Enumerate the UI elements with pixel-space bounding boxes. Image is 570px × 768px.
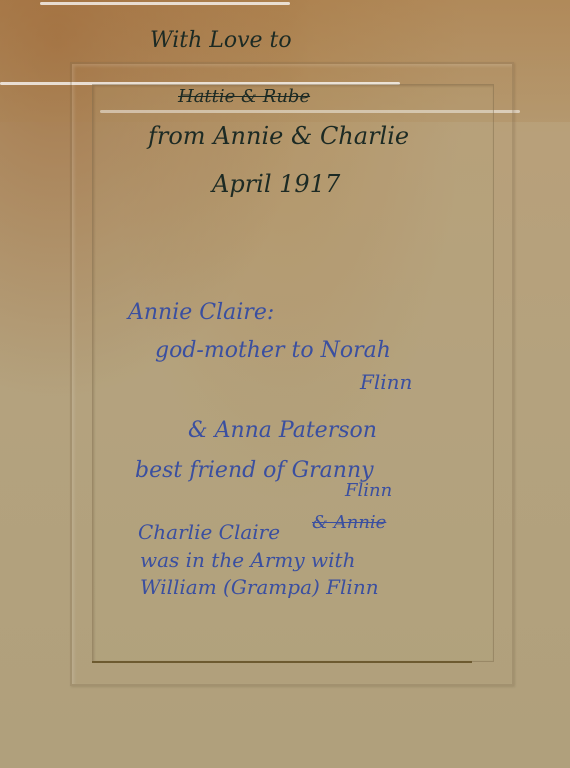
note-line: best friend of Granny	[135, 458, 374, 483]
note-line: Annie Claire:	[128, 300, 274, 325]
note-line: was in the Army with	[140, 548, 355, 572]
note-line: & Anna Paterson	[188, 418, 377, 443]
struck-names: Hattie & Rube	[178, 86, 310, 107]
date-line: April 1917	[212, 170, 340, 198]
note-line: William (Grampa) Flinn	[140, 575, 379, 599]
embossed-line	[92, 661, 472, 663]
note-line: Flinn	[345, 480, 392, 501]
note-line: Charlie Claire	[138, 520, 280, 544]
note-line: god-mother to Norah	[155, 338, 391, 363]
tape-shine	[40, 2, 290, 5]
photo-card-back: With Love to Hattie & Rube from Annie & …	[0, 0, 570, 768]
note-line: Flinn	[360, 370, 412, 394]
dedication-line: With Love to	[150, 28, 292, 53]
struck-note: & Annie	[312, 512, 386, 533]
from-line: from Annie & Charlie	[148, 122, 409, 150]
